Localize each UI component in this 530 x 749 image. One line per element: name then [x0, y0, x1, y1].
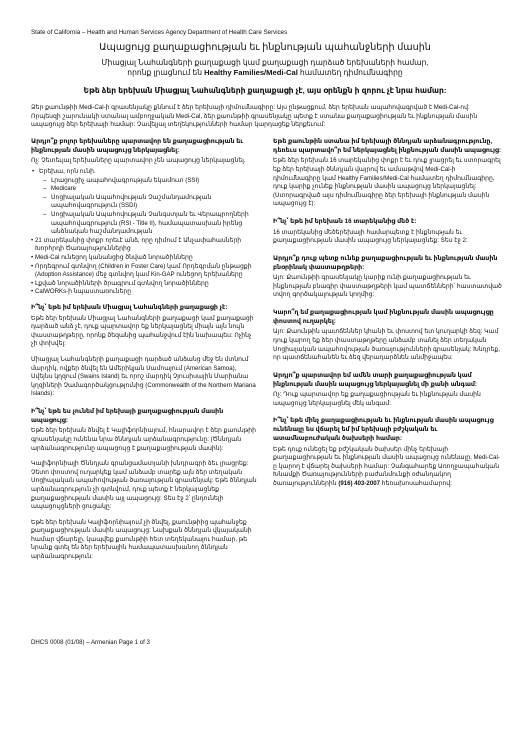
answer-text: Եթե ձեր երեխան Միացյալ Նահանգների քաղաքա… [31, 315, 257, 349]
question-heading: Ի՞նչ՝ եթե մինչ քաղաքացիության եւ ինքնութ… [273, 417, 503, 443]
section-original-documents: Արդյո՞ք դուք պետք ունեք քաղաքացիության ե… [273, 255, 503, 300]
right-column: Եթե քաունթին ստանա իմ երեխայի ծննդյան ար… [273, 138, 503, 496]
sublist-item: Սոցիալական Ապահովության Չաշմանդամության … [43, 194, 257, 211]
subtitle-line-2: որոնք լրացնում են Healthy Families/Medi-… [0, 68, 530, 78]
list-item-text: Երեխա, որն ունի. [39, 168, 96, 175]
program-name: Healthy Families/Medi-Cal [204, 68, 298, 77]
question-heading: Արդյո՞ք դուք պետք ունեք քաղաքացիության ե… [273, 255, 503, 272]
page-title: Ապացույց քաղաքացիության եւ ինքնության պա… [0, 42, 530, 54]
section-over-16: Ի՞նչ՝ եթե իմ երեխան 16 տարեկանից մեծ է: … [273, 218, 503, 246]
answer-text: Կալիֆորնիայի Ծննդյան գրանցամատյանի խնդրա… [31, 460, 257, 512]
answer-text: Միացյալ Նահանգների քաղաքացի դարձած անձան… [31, 356, 257, 399]
answer-text: Այո: Քաունթին պատճեններ կհանի եւ փոստով … [273, 328, 503, 362]
list-item: Երեխա, որն ունի. Լրացուցիչ ապահովագրությ… [31, 168, 257, 237]
question-heading: Եթե քաունթին ստանա իմ երեխայի ծննդյան ար… [273, 138, 503, 155]
agency-header: State of California – Health and Human S… [31, 29, 287, 37]
answer-text: Եթե ձեր երեխան Կալիֆորնիայում չի ծնվել, … [31, 519, 257, 562]
question-heading: Ի՞նչ՝ եթե իմ երեխան 16 տարեկանից մեծ է: [273, 218, 503, 227]
answer-text: Եթե դուք ունեցել եք բժշկական ծախսեր մինչ… [273, 446, 503, 489]
list-item: Լքված նորածինների ծրագրում գտնվող նորածի… [31, 280, 257, 289]
section-not-us-citizen: Ի՞նչ՝ եթե իմ երեխան Միացյալ Նահանգների ք… [31, 304, 257, 399]
sublist-item: Medicare [43, 185, 257, 194]
sublist-item: Լրացուցիչ ապահովագրության եկամուտ (SSI) [43, 177, 257, 186]
answer-text: Եթե ձեր երեխան 16 տարեկանից փոքր է եւ դո… [273, 157, 503, 209]
left-column: Արդյո՞ք բոլոր երեխաները պարտավոր են քաղա… [31, 138, 257, 569]
answer-text: Այո: Քաունթիի գրասենյակը կարիք ունի քաղա… [273, 274, 503, 300]
page-subtitle: Միացյալ Նահանգների քաղաքացի կամ քաղաքացի… [0, 58, 530, 77]
section-who-must-provide-proof: Արդյո՞ք բոլոր երեխաները պարտավոր են քաղա… [31, 138, 257, 297]
section-no-citizenship-proof: Ի՞նչ՝ եթե ես չունեմ իմ երեխայի քաղաքացիո… [31, 408, 257, 562]
subtitle-text: համատեղ դիմումնագիրը [298, 68, 403, 77]
question-heading: Արդյո՞ք պարտավոր եմ ամեն տարի քաղաքացիու… [273, 372, 503, 389]
section-birth-record-identity: Եթե քաունթին ստանա իմ երեխայի ծննդյան ար… [273, 138, 503, 209]
exemption-list: Երեխա, որն ունի. Լրացուցիչ ապահովագրությ… [31, 168, 257, 297]
list-item: CalWORKs-ի նպաստառուները [31, 288, 257, 297]
list-item: Որդեգրում գտնվող (Children in Foster Car… [31, 263, 257, 280]
phone-number: (916) 403-2007 [338, 480, 380, 487]
question-heading: Արդյո՞ք բոլոր երեխաները պարտավոր են քաղա… [31, 138, 257, 155]
sublist-item: Սոցիալական Ապահովության Չանգստյան եւ Վեր… [43, 211, 257, 237]
notice-heading: Եթե ձեր երեխան Միացյալ Նահանգների քաղաքա… [0, 86, 530, 96]
list-item: 21 տարեկանից փոքր որեւէ անձ, որը դիմում … [31, 237, 257, 254]
document-page: State of California – Health and Human S… [0, 0, 530, 749]
answer-text: Ոչ: Դուք պարտավոր եք քաղաքացիության եւ ի… [273, 391, 503, 408]
section-mail-proof: Կարո՞ղ եմ քաղաքացիության կամ ինքնության … [273, 309, 503, 363]
answer-text-part: հեռախոսահամարով: [380, 480, 452, 487]
form-footer: DHCS 0008 (01/08) – Armenian Page 1 of 3 [31, 639, 150, 647]
benefit-sublist: Լրացուցիչ ապահովագրության եկամուտ (SSI) … [39, 177, 257, 237]
subtitle-text: որոնք լրացնում են [127, 68, 204, 77]
question-heading: Կարո՞ղ եմ քաղաքացիության կամ ինքնության … [273, 309, 503, 326]
section-provide-proof-frequency: Արդյո՞ք պարտավոր եմ ամեն տարի քաղաքացիու… [273, 372, 503, 409]
section-paid-medical-bills: Ի՞նչ՝ եթե մինչ քաղաքացիության եւ ինքնութ… [273, 417, 503, 488]
answer-text: 16 տարեկանից մեծերեխայի համարպետք է ինքն… [273, 229, 503, 246]
subtitle-line-1: Միացյալ Նահանգների քաղաքացի կամ քաղաքացի… [0, 58, 530, 68]
answer-text: Եթե ձեր երեխան ծնվել է Կալիֆորնիայում, հ… [31, 427, 257, 453]
answer-text: Ոչ: Չետեւյալ երեխաները պարտավոր չեն ապաց… [31, 157, 257, 166]
list-item: Medi-Cal ունեցող կանանցից ծնված նորածինն… [31, 254, 257, 263]
question-heading: Ի՞նչ՝ եթե ես չունեմ իմ երեխայի քաղաքացիո… [31, 408, 257, 425]
intro-paragraph: Ձեր քաունթիի Medi-Cal-ի գրասենյակը քննու… [31, 104, 501, 130]
question-heading: Ի՞նչ՝ եթե իմ երեխան Միացյալ Նահանգների ք… [31, 304, 257, 313]
